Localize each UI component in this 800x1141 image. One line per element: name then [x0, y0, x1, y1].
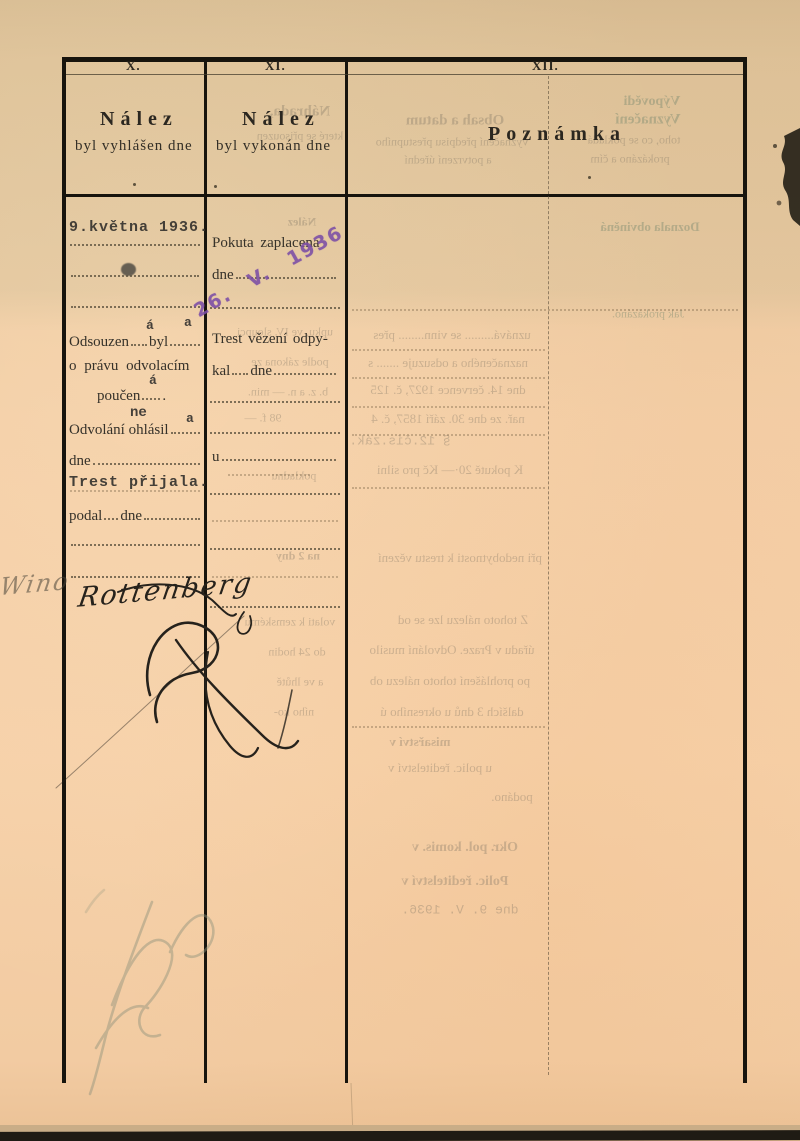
bleed-text: K pokutě 20·— Kč pro silni — [377, 462, 523, 478]
table-border-top — [62, 57, 747, 62]
dotted-rule — [71, 306, 200, 308]
typed-verdict-date: 9.května 1936. — [69, 219, 209, 236]
bleed-rule — [352, 377, 545, 379]
dotted-fill — [170, 332, 200, 346]
stray-period-mark — [214, 185, 217, 188]
bleed-text: prokázáno a čím — [590, 152, 669, 167]
bleed-text: 98 f. — — [245, 411, 282, 426]
bleed-text: nař. ze dne 30. září 1857, č. 4 — [371, 411, 524, 427]
poucen-label: poučen — [97, 388, 140, 405]
bleed-rule — [352, 406, 545, 408]
bleed-text: misařství v — [389, 734, 450, 750]
o-pravu-label: o právu odvolacím — [69, 358, 189, 375]
dne2-label: dne — [250, 363, 272, 380]
dotted-fill — [104, 506, 118, 520]
bleed-rule — [352, 487, 545, 489]
column-divider-x-xi — [204, 57, 207, 1083]
dotted-fill — [144, 506, 200, 520]
col-xi-header-title: Nález — [242, 108, 320, 131]
odsouzen-label: Odsouzen — [69, 334, 129, 351]
dotted-fill — [131, 332, 147, 346]
u-label: u — [212, 449, 220, 466]
dotted-rule — [210, 401, 340, 403]
podal-label: podal — [69, 508, 102, 525]
typed-date-text: 9.května 1936. — [69, 219, 209, 236]
scanned-record-page: VýpovědiVyznačeníNáhrada,Obsah a datumkt… — [0, 0, 800, 1141]
header-bottom-border — [62, 194, 747, 197]
dotted-fill — [222, 447, 337, 461]
header-label-underline — [66, 74, 743, 75]
bleed-text: pokladnu — [272, 469, 317, 484]
col-x-header-subtitle: byl vyhlášen dne — [75, 138, 193, 155]
bleed-text: dne 14. července 1927, č. 125 — [370, 382, 525, 398]
bleed-text: naznačeného a odsuzuje ....... s — [368, 355, 528, 371]
bleed-text: dalších 3 dnů u okresního ú — [380, 704, 523, 720]
dotted-rule — [71, 275, 199, 277]
dne2-label: dne — [120, 508, 142, 525]
typed-superscript-a3: á — [149, 373, 157, 388]
dotted-rule — [210, 307, 340, 309]
dotted-rule — [210, 548, 340, 550]
bleed-text: b. z. a n. — min. — [248, 385, 328, 400]
kal-label: kal — [212, 363, 230, 380]
odvolani-label: Odvolání ohlásil — [69, 422, 169, 439]
bleed-text: Okr. pol. komis. v — [412, 840, 518, 856]
bleed-rule — [352, 309, 738, 311]
dotted-rule — [210, 432, 340, 434]
form-line-trest-vezeni: Trest vězení odpy- — [212, 331, 340, 348]
bleed-rule — [352, 726, 545, 728]
bleed-rule — [352, 434, 545, 436]
col-xii-header-title: Poznámka — [488, 123, 626, 146]
column-label-xii: XII. — [532, 58, 559, 74]
dotted-rule — [70, 490, 200, 492]
dotted-rule — [228, 474, 310, 476]
form-line-odvolani: Odvolání ohlásil — [69, 420, 202, 439]
typed-trest-text: Trest přijala. — [69, 474, 209, 491]
bleed-text: Výpovědi — [624, 94, 681, 110]
poznamka-dashed-divider — [548, 76, 549, 1075]
table-border-right — [743, 57, 747, 1083]
bleed-text: po prohlášení tohoto nálezu ob — [370, 673, 530, 689]
stray-period-mark — [133, 183, 136, 186]
form-line-o-pravu: o právu odvolacím — [69, 358, 202, 375]
typed-trest-prijala: Trest přijala. — [69, 474, 209, 491]
byl-label: byl — [149, 334, 168, 351]
typed-superscript-a4: a — [186, 411, 194, 426]
bleed-text: na 2 dny — [276, 549, 320, 564]
bleed-text: ního ko- — [274, 705, 314, 720]
form-line-u: u — [212, 447, 338, 466]
poucen-period: . — [162, 388, 166, 405]
form-line-dne: dne — [69, 451, 202, 470]
trest-vezeni-label: Trest vězení odpy- — [212, 331, 328, 348]
bleed-text: a ve lhůtě — [277, 675, 324, 690]
bleed-text: Nález — [288, 215, 317, 230]
bleed-through-layer: VýpovědiVyznačeníNáhrada,Obsah a datumkt… — [0, 0, 800, 1141]
dotted-fill — [93, 451, 200, 465]
bleed-text: Polic. ředitelství v — [402, 874, 509, 890]
bleed-rule — [352, 349, 545, 351]
dotted-fill — [232, 361, 248, 375]
bleed-text: podáno. — [491, 789, 533, 805]
page-edge-shadow — [0, 1130, 800, 1141]
dne-label: dne — [69, 453, 91, 470]
typed-superscript-a2: a — [184, 315, 192, 330]
dotted-rule — [212, 520, 338, 522]
column-label-xi: XI. — [265, 58, 286, 74]
dotted-rule — [71, 544, 200, 546]
bleed-text: u polic. ředitelství v — [388, 760, 492, 776]
dotted-rule — [210, 606, 340, 608]
stray-period-mark — [588, 176, 591, 179]
typed-superscript-a1: á — [146, 318, 154, 333]
bleed-text: Z tohoto nálezu lze se od — [398, 612, 528, 628]
dotted-fill — [142, 386, 160, 400]
column-label-x: X. — [126, 58, 141, 74]
dotted-fill — [274, 361, 336, 375]
form-line-poucen: poučen . — [97, 386, 177, 405]
form-line-kal-dne: kal dne — [212, 361, 338, 380]
bleed-text: dne 9. V. 1936. — [401, 903, 518, 918]
column-divider-xi-xii — [345, 57, 348, 1083]
bleed-text: uznává......... se vinn........ přes — [373, 327, 530, 343]
bleed-text: volati k zemskému — [245, 615, 336, 630]
form-line-podal: podal dne — [69, 506, 202, 525]
bleed-text: Doznala obviněná — [600, 219, 699, 235]
typed-ne: ne — [130, 405, 147, 421]
col-xi-header-subtitle: byl vykonán dne — [216, 138, 331, 155]
dotted-rule — [70, 244, 200, 246]
dotted-rule — [210, 493, 340, 495]
bleed-text: při nedobytnosti k trestu vězení — [378, 550, 542, 566]
form-line-odsouzen: Odsouzen byl — [69, 332, 202, 351]
bleed-text: a potvrzení úřední — [404, 153, 491, 168]
col-x-header-title: Nález — [100, 108, 178, 131]
bleed-text: úřadu v Praze. Odvolání musilo — [370, 642, 535, 658]
bleed-text: do 24 hodin — [268, 645, 325, 660]
